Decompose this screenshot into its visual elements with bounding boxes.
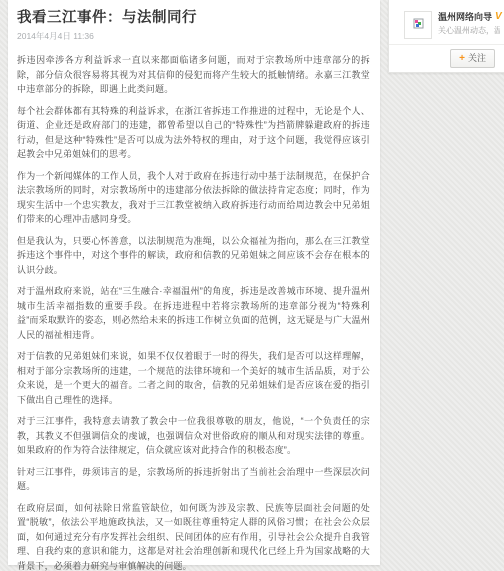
article-paragraph: 对于信教的兄弟姐妹们来说，如果不仅仅着眼于一时的得失，我们是否可以这样理解，相对… [17, 349, 370, 407]
article-paragraph: 但是我认为，只要心怀善意，以法制规范为准绳，以公众福祉为指向，那么在三江教堂拆违… [17, 234, 370, 278]
follow-row: + 关注 [389, 45, 504, 71]
follow-button[interactable]: + 关注 [450, 49, 495, 68]
article-paragraph: 针对三江事件，毋须讳言的是，宗教场所的拆违折射出了当前社会治理中一些深层次问题。 [17, 465, 370, 494]
avatar-image-icon [413, 16, 424, 34]
author-profile-card: 温州网络向导 V 关心温州动态，温... + 关注 [388, 0, 504, 73]
article-card: 我看三江事件：与法制同行 2014年4月4日 11:36 拆违因牵涉各方利益诉求… [8, 0, 380, 565]
article-paragraph: 作为一个新闻媒体的工作人员，我个人对于政府在拆违行动中基于法制规范，在保护合法宗… [17, 169, 370, 227]
article-paragraph: 拆违因牵涉各方利益诉求一直以来都面临诸多问题，而对于宗教场所中违章部分的拆除，部… [17, 53, 370, 97]
profile-name[interactable]: 温州网络向导 [438, 11, 492, 23]
avatar[interactable] [404, 11, 432, 39]
publish-date: 2014年4月4日 11:36 [17, 31, 370, 42]
verified-icon: V [495, 11, 502, 23]
article-paragraph: 每个社会群体都有其特殊的利益诉求，在浙江省拆违工作推进的过程中，无论是个人、街道… [17, 104, 370, 162]
profile-bio: 关心温州动态，温... [438, 25, 500, 36]
article-paragraph: 在政府层面，如何祛除日常监管缺位，如何既为涉及宗教、民族等层面社会问题的处置“脱… [17, 501, 370, 571]
article-paragraph: 对于温州政府来说，站在“三生融合·幸福温州”的角度，拆违是改善城市环境、提升温州… [17, 284, 370, 342]
article-body: 拆违因牵涉各方利益诉求一直以来都面临诸多问题，而对于宗教场所中违章部分的拆除，部… [17, 53, 370, 571]
follow-button-label: 关注 [468, 53, 486, 64]
page-title: 我看三江事件：与法制同行 [17, 8, 370, 28]
plus-icon: + [459, 53, 465, 64]
profile-meta: 温州网络向导 V 关心温州动态，温... [438, 11, 501, 36]
profile-row: 温州网络向导 V 关心温州动态，温... [389, 0, 504, 45]
article-paragraph: 对于三江事件，我特意去请教了教会中一位我很尊敬的朋友，他说，“一个负责任的宗教，… [17, 414, 370, 458]
